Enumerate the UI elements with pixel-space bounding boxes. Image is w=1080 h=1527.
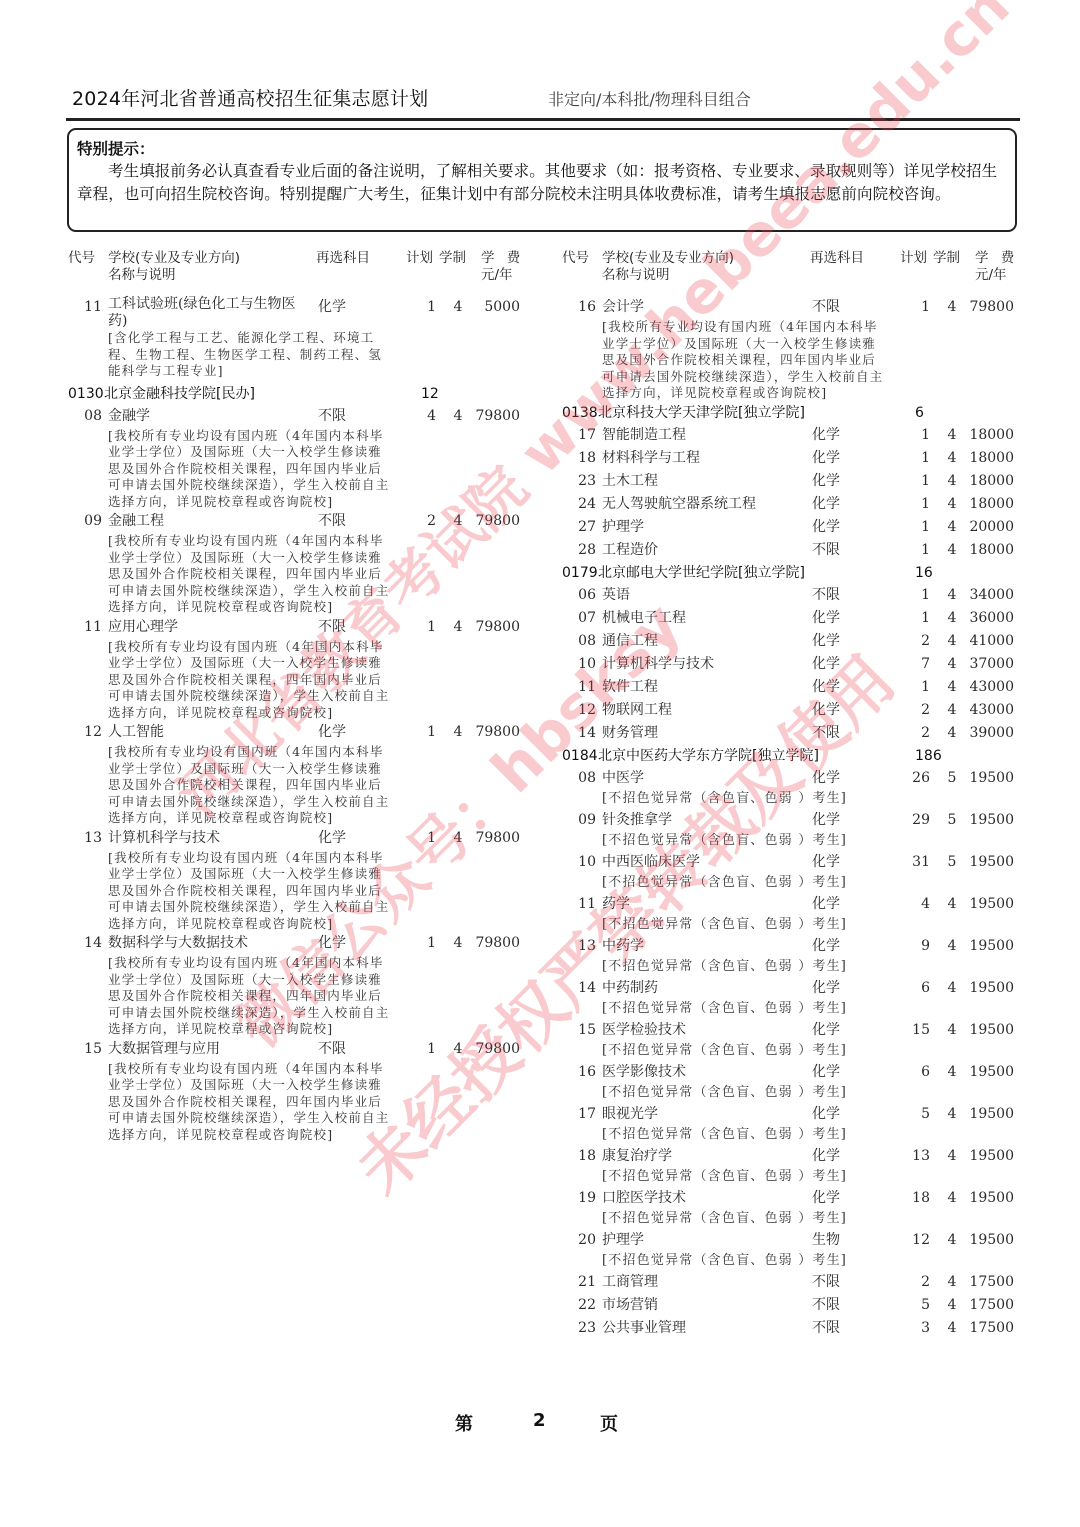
major-subject: 不限 [812, 1271, 840, 1294]
major-length: 4 [947, 1061, 957, 1083]
major-subject: 生物 [812, 1229, 840, 1251]
major-fee: 19500 [964, 1187, 1014, 1209]
major-subject: 化学 [812, 607, 840, 630]
major-name: 大数据管理与应用 [108, 1038, 308, 1061]
major-length: 4 [453, 510, 463, 533]
major-fee: 79800 [470, 932, 520, 955]
table-row: 12人工智能化学1479800[我校所有专业均设有国内班（4年国内本科毕业学士学… [68, 721, 538, 827]
table-row: 06英语不限1434000 [562, 584, 1032, 607]
major-subject: 化学 [318, 721, 346, 744]
major-length: 4 [947, 1145, 957, 1167]
major-code: 23 [562, 470, 596, 493]
page-number: 2 [533, 1410, 546, 1431]
header-plan: 计划 [406, 250, 433, 267]
major-name: 金融工程 [108, 510, 308, 533]
major-length: 4 [453, 616, 463, 639]
major-length: 4 [947, 893, 957, 915]
major-length: 4 [947, 1317, 957, 1340]
major-plan: 15 [892, 1019, 930, 1041]
major-plan: 2 [892, 722, 930, 745]
major-length: 4 [947, 424, 957, 447]
major-subject: 不限 [812, 296, 840, 319]
major-length: 4 [947, 296, 957, 319]
major-plan: 2 [892, 1271, 930, 1294]
major-plan: 7 [892, 653, 930, 676]
major-plan: 29 [892, 809, 930, 831]
table-row: 11软件工程化学1443000 [562, 676, 1032, 699]
major-code: 22 [562, 1294, 596, 1317]
major-plan: 1 [892, 296, 930, 319]
table-row: 17眼视光学化学5419500[不招色觉异常（含色盲、色弱 ）考生] [562, 1103, 1032, 1145]
major-length: 5 [947, 809, 957, 831]
header-fee: 学 费 [975, 250, 1018, 267]
major-note: [我校所有专业均设有国内班（4年国内本科毕业学士学位）及国际班（大一入校学生修读… [108, 639, 393, 722]
major-fee: 19500 [964, 767, 1014, 789]
major-plan: 2 [892, 699, 930, 722]
notice-title: 特别提示： [77, 138, 1007, 160]
major-name: 口腔医学技术 [602, 1187, 802, 1209]
major-code: 13 [562, 935, 596, 957]
major-length: 4 [947, 653, 957, 676]
header-length: 学制 [439, 250, 466, 267]
table-row: 18材料科学与工程化学1418000 [562, 447, 1032, 470]
major-note: [我校所有专业均设有国内班（4年国内本科毕业学士学位）及国际班（大一入校学生修读… [108, 744, 393, 827]
major-subject: 化学 [812, 809, 840, 831]
major-code: 24 [562, 493, 596, 516]
table-header: 代号 学校(专业及专业方向) 名称与说明 再选科目 计划 学制 学 费 元/年 [562, 250, 1032, 294]
major-subject: 不限 [812, 1294, 840, 1317]
major-plan: 26 [892, 767, 930, 789]
table-row: 08中医学化学26519500[不招色觉异常（含色盲、色弱 ）考生] [562, 767, 1032, 809]
major-note: [不招色觉异常（含色盲、色弱 ）考生] [602, 915, 902, 935]
major-fee: 19500 [964, 893, 1014, 915]
major-code: 06 [562, 584, 596, 607]
major-plan: 6 [892, 1061, 930, 1083]
table-row: 10计算机科学与技术化学7437000 [562, 653, 1032, 676]
major-name: 中药制药 [602, 977, 802, 999]
major-note: [不招色觉异常（含色盲、色弱 ）考生] [602, 1041, 902, 1061]
major-note: [我校所有专业均设有国内班（4年国内本科毕业学士学位）及国际班（大一入校学生修读… [108, 1061, 393, 1144]
major-name: 医学检验技术 [602, 1019, 802, 1041]
header-divider [66, 118, 1020, 121]
major-code: 08 [562, 630, 596, 653]
table-row: 19口腔医学技术化学18419500[不招色觉异常（含色盲、色弱 ）考生] [562, 1187, 1032, 1229]
table-row: 15大数据管理与应用不限1479800[我校所有专业均设有国内班（4年国内本科毕… [68, 1038, 538, 1144]
table-row: 16医学影像技术化学6419500[不招色觉异常（含色盲、色弱 ）考生] [562, 1061, 1032, 1103]
major-note: [不招色觉异常（含色盲、色弱 ）考生] [602, 957, 902, 977]
header-fee: 学 费 [481, 250, 524, 267]
major-fee: 19500 [964, 1061, 1014, 1083]
major-subject: 化学 [812, 653, 840, 676]
major-length: 4 [453, 932, 463, 955]
major-code: 14 [562, 977, 596, 999]
table-row: 09金融工程不限2479800[我校所有专业均设有国内班（4年国内本科毕业学士学… [68, 510, 538, 616]
major-length: 4 [947, 470, 957, 493]
major-plan: 1 [892, 607, 930, 630]
major-fee: 19500 [964, 977, 1014, 999]
major-note: [不招色觉异常（含色盲、色弱 ）考生] [602, 1167, 902, 1187]
major-plan: 31 [892, 851, 930, 873]
major-name: 市场营销 [602, 1294, 802, 1317]
major-length: 4 [947, 676, 957, 699]
major-fee: 18000 [964, 539, 1014, 562]
major-name: 工程造价 [602, 539, 802, 562]
major-code: 21 [562, 1271, 596, 1294]
major-plan: 1 [398, 827, 436, 850]
major-subject: 不限 [318, 405, 346, 428]
major-subject: 不限 [318, 510, 346, 533]
major-subject: 化学 [812, 470, 840, 493]
major-subject: 化学 [812, 1145, 840, 1167]
table-row: 22市场营销不限5417500 [562, 1294, 1032, 1317]
table-row: 14财务管理不限2439000 [562, 722, 1032, 745]
major-length: 4 [947, 1229, 957, 1251]
major-name: 中药学 [602, 935, 802, 957]
header-fee-unit: 元/年 [481, 267, 513, 284]
major-plan: 1 [398, 932, 436, 955]
table-row: 09针灸推拿学化学29519500[不招色觉异常（含色盲、色弱 ）考生] [562, 809, 1032, 851]
school-list: 0138北京科技大学天津学院[独立学院]617智能制造工程化学141800018… [562, 402, 1032, 1340]
major-code: 09 [68, 510, 102, 533]
major-fee: 43000 [964, 676, 1014, 699]
major-subject: 化学 [812, 1103, 840, 1125]
major-name: 中西医临床医学 [602, 851, 802, 873]
table-row: 11药学化学4419500[不招色觉异常（含色盲、色弱 ）考生] [562, 893, 1032, 935]
major-code: 12 [562, 699, 596, 722]
major-name: 物联网工程 [602, 699, 802, 722]
major-code: 11 [562, 676, 596, 699]
major-fee: 19500 [964, 851, 1014, 873]
page-footer: 第 2 页 [0, 1410, 1080, 1440]
major-length: 4 [453, 827, 463, 850]
table-row: 14数据科学与大数据技术化学1479800[我校所有专业均设有国内班（4年国内本… [68, 932, 538, 1038]
major-name: 土木工程 [602, 470, 802, 493]
school-code: 0138 [562, 402, 598, 424]
major-code: 15 [562, 1019, 596, 1041]
table-row: 24无人驾驶航空器系统工程化学1418000 [562, 493, 1032, 516]
major-length: 4 [453, 1038, 463, 1061]
major-name: 机械电子工程 [602, 607, 802, 630]
major-subject: 化学 [812, 893, 840, 915]
major-name: 药学 [602, 893, 802, 915]
major-plan: 9 [892, 935, 930, 957]
major-code: 11 [562, 893, 596, 915]
major-name: 智能制造工程 [602, 424, 802, 447]
major-note: [不招色觉异常（含色盲、色弱 ）考生] [602, 873, 902, 893]
major-length: 4 [947, 584, 957, 607]
major-code: 07 [562, 607, 596, 630]
major-plan: 4 [398, 405, 436, 428]
school-name: 北京金融科技学院[民办] [104, 383, 255, 405]
header-name: 学校(专业及专业方向) [602, 250, 734, 267]
major-subject: 化学 [812, 935, 840, 957]
special-notice-box: 特别提示： 考生填报前务必认真查看专业后面的备注说明，了解相关要求。其他要求（如… [67, 128, 1017, 232]
major-plan: 3 [892, 1317, 930, 1340]
header-length: 学制 [933, 250, 960, 267]
major-code: 16 [562, 296, 596, 319]
major-fee: 37000 [964, 653, 1014, 676]
school-name: 北京科技大学天津学院[独立学院] [598, 402, 805, 424]
major-note: [我校所有专业均设有国内班（4年国内本科毕业学士学位）及国际班（大一入校学生修读… [602, 319, 887, 402]
major-name: 康复治疗学 [602, 1145, 802, 1167]
major-code: 08 [68, 405, 102, 428]
table-row: 11应用心理学不限1479800[我校所有专业均设有国内班（4年国内本科毕业学士… [68, 616, 538, 722]
major-plan: 18 [892, 1187, 930, 1209]
header-name-2: 名称与说明 [108, 267, 176, 284]
major-plan: 1 [892, 447, 930, 470]
school-code: 0184 [562, 745, 598, 767]
major-note: [不招色觉异常（含色盲、色弱 ）考生] [602, 1209, 902, 1229]
major-subject: 化学 [812, 699, 840, 722]
major-subject: 化学 [812, 1019, 840, 1041]
major-fee: 17500 [964, 1294, 1014, 1317]
major-note: [我校所有专业均设有国内班（4年国内本科毕业学士学位）及国际班（大一入校学生修读… [108, 850, 393, 933]
major-length: 4 [947, 539, 957, 562]
school-name: 北京邮电大学世纪学院[独立学院] [598, 562, 805, 584]
major-name: 无人驾驶航空器系统工程 [602, 493, 802, 516]
major-code: 17 [562, 424, 596, 447]
major-fee: 18000 [964, 470, 1014, 493]
major-fee: 18000 [964, 447, 1014, 470]
major-note: [不招色觉异常（含色盲、色弱 ）考生] [602, 831, 902, 851]
major-name: 针灸推拿学 [602, 809, 802, 831]
table-row: 15医学检验技术化学15419500[不招色觉异常（含色盲、色弱 ）考生] [562, 1019, 1032, 1061]
major-subject: 不限 [812, 1317, 840, 1340]
major-length: 4 [947, 607, 957, 630]
header-code: 代号 [68, 250, 95, 267]
major-code: 18 [562, 1145, 596, 1167]
school-row: 0179北京邮电大学世纪学院[独立学院]16 [562, 562, 1032, 584]
major-subject: 不限 [812, 584, 840, 607]
table-row: 16 会计学 不限 1 4 79800 [我校所有专业均设有国内班（4年国内本科… [562, 296, 1032, 402]
major-subject: 化学 [812, 424, 840, 447]
major-length: 4 [947, 722, 957, 745]
major-note: [我校所有专业均设有国内班（4年国内本科毕业学士学位）及国际班（大一入校学生修读… [108, 533, 393, 616]
page-header: 2024年河北省普通高校招生征集志愿计划 非定向/本科批/物理科目组合 [70, 84, 1020, 116]
major-name: 人工智能 [108, 721, 308, 744]
major-length: 4 [947, 1271, 957, 1294]
major-name: 工科试验班(绿色化工与生物医药) [108, 296, 308, 330]
table-row: 17智能制造工程化学1418000 [562, 424, 1032, 447]
major-subject: 化学 [812, 493, 840, 516]
header-plan: 计划 [900, 250, 927, 267]
major-code: 19 [562, 1187, 596, 1209]
table-row: 21工商管理不限2417500 [562, 1271, 1032, 1294]
major-length: 4 [947, 935, 957, 957]
major-code: 23 [562, 1317, 596, 1340]
major-fee: 79800 [470, 827, 520, 850]
school-plan: 12 [421, 383, 439, 405]
major-fee: 79800 [470, 510, 520, 533]
header-fee-unit: 元/年 [975, 267, 1007, 284]
major-length: 5 [947, 851, 957, 873]
major-plan: 1 [398, 1038, 436, 1061]
major-subject: 化学 [812, 1061, 840, 1083]
major-length: 5 [947, 767, 957, 789]
major-code: 18 [562, 447, 596, 470]
major-length: 4 [947, 1103, 957, 1125]
major-name: 英语 [602, 584, 802, 607]
table-row: 08金融学不限4479800[我校所有专业均设有国内班（4年国内本科毕业学士学位… [68, 405, 538, 511]
major-name: 会计学 [602, 296, 802, 319]
major-fee: 19500 [964, 935, 1014, 957]
table-row: 07机械电子工程化学1436000 [562, 607, 1032, 630]
major-name: 数据科学与大数据技术 [108, 932, 308, 955]
notice-body: 考生填报前务必认真查看专业后面的备注说明，了解相关要求。其他要求（如：报考资格、… [77, 160, 1007, 206]
major-plan: 13 [892, 1145, 930, 1167]
table-row: 20护理学生物12419500[不招色觉异常（含色盲、色弱 ）考生] [562, 1229, 1032, 1271]
major-fee: 5000 [470, 296, 520, 319]
school-plan: 16 [915, 562, 933, 584]
major-subject: 化学 [318, 827, 346, 850]
left-column: 代号 学校(专业及专业方向) 名称与说明 再选科目 计划 学制 学 费 元/年 … [68, 250, 538, 1143]
major-fee: 19500 [964, 1229, 1014, 1251]
major-subject: 化学 [812, 1187, 840, 1209]
major-plan: 1 [892, 676, 930, 699]
major-plan: 12 [892, 1229, 930, 1251]
major-name: 软件工程 [602, 676, 802, 699]
major-code: 10 [562, 851, 596, 873]
table-row: 13中药学化学9419500[不招色觉异常（含色盲、色弱 ）考生] [562, 935, 1032, 977]
major-code: 09 [562, 809, 596, 831]
right-column: 代号 学校(专业及专业方向) 名称与说明 再选科目 计划 学制 学 费 元/年 … [562, 250, 1032, 1340]
major-name: 护理学 [602, 516, 802, 539]
major-note: [不招色觉异常（含色盲、色弱 ）考生] [602, 1083, 902, 1103]
major-fee: 43000 [964, 699, 1014, 722]
major-fee: 39000 [964, 722, 1014, 745]
school-name: 北京中医药大学东方学院[独立学院] [598, 745, 819, 767]
major-plan: 1 [398, 721, 436, 744]
major-plan: 1 [892, 584, 930, 607]
major-subject: 化学 [812, 516, 840, 539]
major-name: 财务管理 [602, 722, 802, 745]
major-length: 4 [947, 1187, 957, 1209]
major-code: 14 [562, 722, 596, 745]
major-code: 28 [562, 539, 596, 562]
major-fee: 79800 [470, 1038, 520, 1061]
major-length: 4 [453, 296, 463, 319]
table-row: 23土木工程化学1418000 [562, 470, 1032, 493]
major-list: 08金融学不限4479800[我校所有专业均设有国内班（4年国内本科毕业学士学位… [68, 405, 538, 1144]
document-title: 2024年河北省普通高校招生征集志愿计划 [72, 84, 428, 111]
table-row: 13计算机科学与技术化学1479800[我校所有专业均设有国内班（4年国内本科毕… [68, 827, 538, 933]
major-subject: 不限 [812, 722, 840, 745]
major-code: 12 [68, 721, 102, 744]
major-length: 4 [947, 977, 957, 999]
major-length: 4 [947, 1019, 957, 1041]
major-fee: 79800 [470, 721, 520, 744]
major-subject: 不限 [318, 1038, 346, 1061]
school-plan: 186 [915, 745, 942, 767]
major-code: 27 [562, 516, 596, 539]
major-subject: 不限 [812, 539, 840, 562]
major-fee: 79800 [470, 405, 520, 428]
major-subject: 化学 [812, 447, 840, 470]
school-plan: 6 [915, 402, 924, 424]
major-length: 4 [453, 721, 463, 744]
header-name: 学校(专业及专业方向) [108, 250, 240, 267]
major-subject: 化学 [318, 296, 346, 319]
table-row: 11 工科试验班(绿色化工与生物医药) 化学 1 4 5000 [含化学工程与工… [68, 296, 538, 380]
major-length: 4 [947, 447, 957, 470]
header-subject: 再选科目 [810, 250, 864, 267]
major-note: [我校所有专业均设有国内班（4年国内本科毕业学士学位）及国际班（大一入校学生修读… [108, 428, 393, 511]
major-length: 4 [947, 699, 957, 722]
table-row: 18康复治疗学化学13419500[不招色觉异常（含色盲、色弱 ）考生] [562, 1145, 1032, 1187]
major-fee: 19500 [964, 1019, 1014, 1041]
major-plan: 5 [892, 1103, 930, 1125]
major-subject: 化学 [812, 977, 840, 999]
school-code: 0130 [68, 383, 104, 405]
major-code: 11 [68, 296, 102, 319]
major-code: 13 [68, 827, 102, 850]
major-code: 08 [562, 767, 596, 789]
school-row: 0184北京中医药大学东方学院[独立学院]186 [562, 745, 1032, 767]
major-plan: 4 [892, 893, 930, 915]
major-code: 10 [562, 653, 596, 676]
header-name-2: 名称与说明 [602, 267, 670, 284]
major-length: 4 [947, 493, 957, 516]
table-row: 23公共事业管理不限3417500 [562, 1317, 1032, 1340]
document-subtitle: 非定向/本科批/物理科目组合 [548, 87, 751, 110]
major-fee: 18000 [964, 493, 1014, 516]
major-fee: 17500 [964, 1271, 1014, 1294]
major-fee: 17500 [964, 1317, 1014, 1340]
school-code: 0179 [562, 562, 598, 584]
major-fee: 36000 [964, 607, 1014, 630]
table-row: 10中西医临床医学化学31519500[不招色觉异常（含色盲、色弱 ）考生] [562, 851, 1032, 893]
major-subject: 不限 [318, 616, 346, 639]
header-code: 代号 [562, 250, 589, 267]
major-name: 材料科学与工程 [602, 447, 802, 470]
major-name: 应用心理学 [108, 616, 308, 639]
major-plan: 1 [892, 470, 930, 493]
major-length: 4 [947, 516, 957, 539]
major-name: 中医学 [602, 767, 802, 789]
major-fee: 79800 [470, 616, 520, 639]
major-subject: 化学 [812, 767, 840, 789]
major-subject: 化学 [318, 932, 346, 955]
major-code: 15 [68, 1038, 102, 1061]
major-length: 4 [947, 1294, 957, 1317]
school-row: 0138北京科技大学天津学院[独立学院]6 [562, 402, 1032, 424]
major-plan: 1 [892, 539, 930, 562]
major-note: [含化学工程与工艺、能源化学工程、环境工程、生物工程、生物医学工程、制药工程、氢… [108, 330, 393, 380]
major-length: 4 [947, 630, 957, 653]
major-plan: 1 [892, 516, 930, 539]
table-row: 14中药制药化学6419500[不招色觉异常（含色盲、色弱 ）考生] [562, 977, 1032, 1019]
major-code: 20 [562, 1229, 596, 1251]
table-row: 08通信工程化学2441000 [562, 630, 1032, 653]
major-plan: 2 [398, 510, 436, 533]
major-fee: 19500 [964, 809, 1014, 831]
major-fee: 19500 [964, 1145, 1014, 1167]
major-length: 4 [453, 405, 463, 428]
major-code: 14 [68, 932, 102, 955]
major-name: 金融学 [108, 405, 308, 428]
major-code: 11 [68, 616, 102, 639]
table-row: 28工程造价不限1418000 [562, 539, 1032, 562]
page-suffix: 页 [600, 1410, 618, 1436]
major-subject: 化学 [812, 630, 840, 653]
major-code: 16 [562, 1061, 596, 1083]
header-subject: 再选科目 [316, 250, 370, 267]
major-fee: 41000 [964, 630, 1014, 653]
table-row: 27护理学化学1420000 [562, 516, 1032, 539]
major-code: 17 [562, 1103, 596, 1125]
major-subject: 化学 [812, 851, 840, 873]
major-note: [我校所有专业均设有国内班（4年国内本科毕业学士学位）及国际班（大一入校学生修读… [108, 955, 393, 1038]
